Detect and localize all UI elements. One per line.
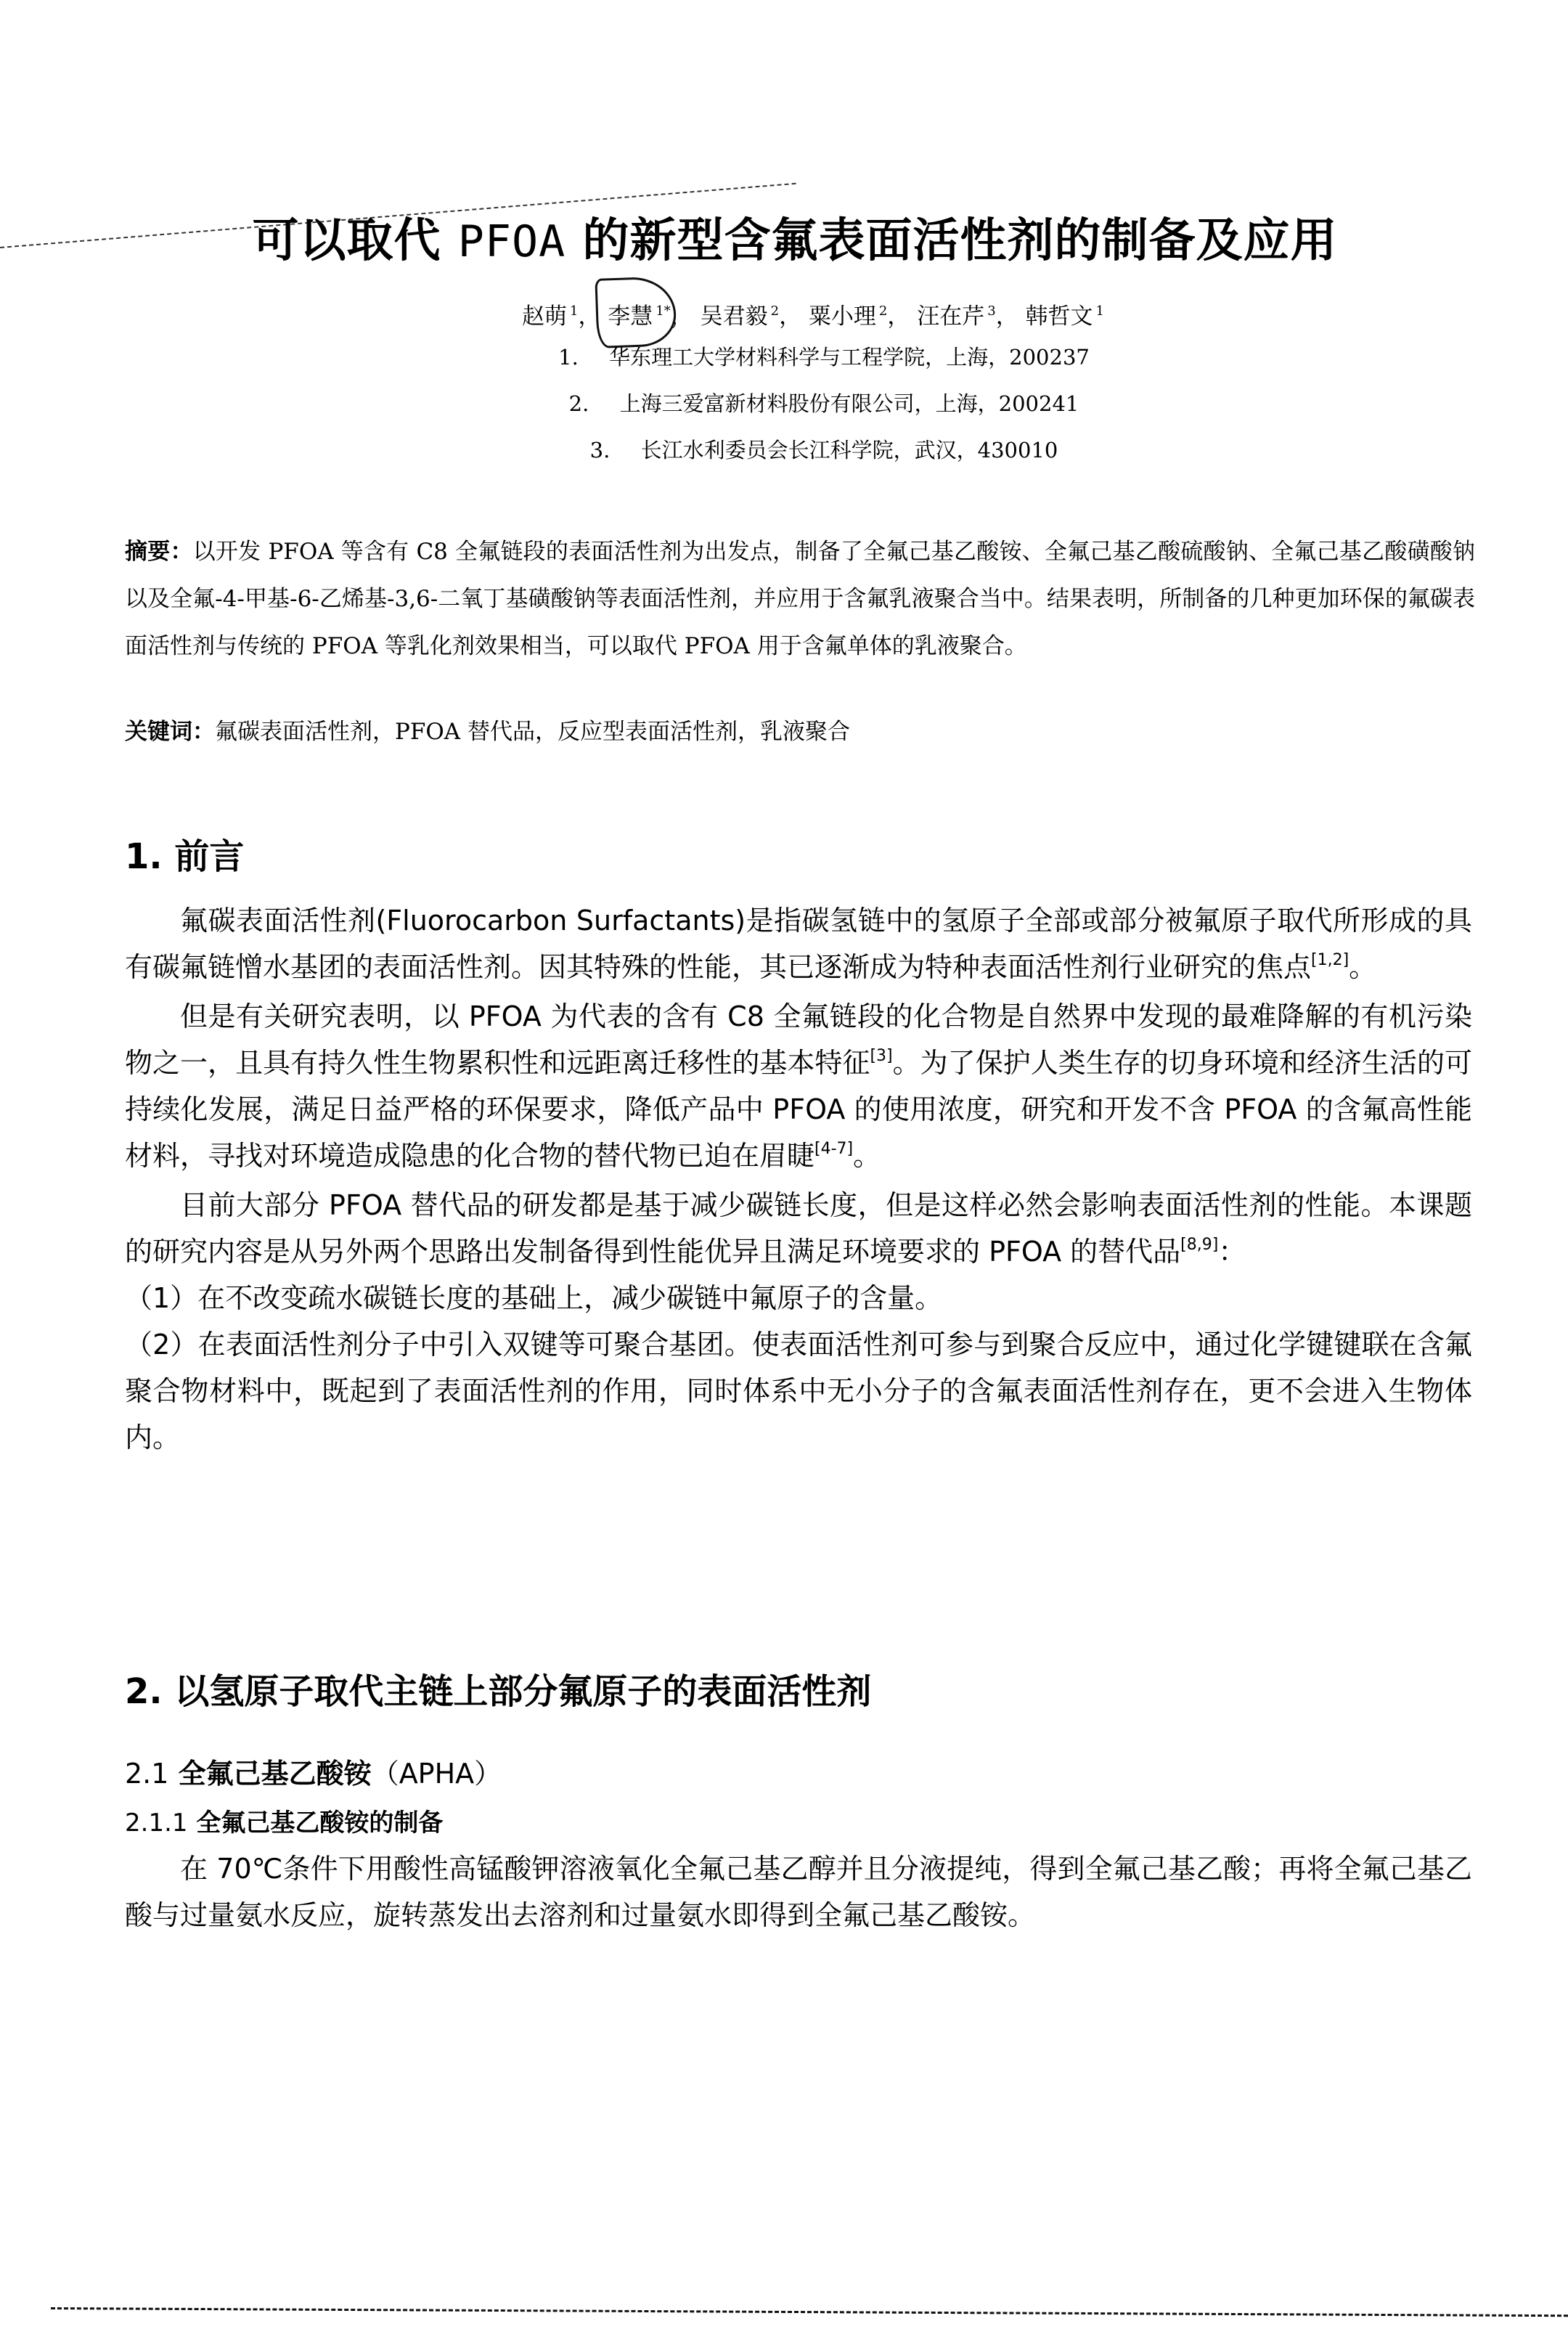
list-item: （2）在表面活性剂分子中引入双键等可聚合基团。使表面活性剂可参与到聚合反应中，通…: [125, 1321, 1472, 1461]
section-number: 1.: [125, 836, 163, 877]
section-2-heading: 2. 以氢原子取代主链上部分氟原子的表面活性剂: [125, 1670, 871, 1713]
title-part-2: 的新型含氟表面活性剂的制备及应用: [565, 214, 1337, 268]
affiliation-2: 2.上海三爱富新材料股份有限公司，上海，200241: [0, 389, 1568, 418]
author-circled: 李慧1*: [608, 293, 670, 335]
punctuation: 。: [1349, 951, 1376, 983]
paragraph: 目前大部分 PFOA 替代品的研发都是基于减少碳链长度，但是这样必然会影响表面活…: [125, 1182, 1472, 1275]
section-title: 以氢原子取代主链上部分氟原子的表面活性剂: [174, 1671, 871, 1712]
subsection-2-1-1-body: 在 70℃条件下用酸性高锰酸钾溶液氧化全氟己基乙醇并且分液提纯，得到全氟己基乙酸…: [125, 1846, 1472, 1938]
punctuation: ：: [1218, 1236, 1246, 1268]
author: 韩哲文1: [1026, 293, 1104, 335]
keywords: 关键词：氟碳表面活性剂，PFOA 替代品，反应型表面活性剂，乳液聚合: [125, 714, 1475, 750]
separator: ，: [779, 303, 801, 330]
abstract-text: 以开发 PFOA 等含有 C8 全氟链段的表面活性剂为出发点，制备了全氟己基乙酸…: [125, 539, 1475, 659]
paper-title: 可以取代 PFOA 的新型含氟表面活性剂的制备及应用: [0, 212, 1568, 271]
author-affiliation-mark: 2: [771, 303, 779, 319]
affiliation-number: 2.: [569, 389, 620, 418]
author-affiliation-mark: 1*: [656, 303, 670, 319]
citation: [1,2]: [1311, 951, 1349, 969]
author: 赵萌1: [522, 293, 578, 335]
affiliation-text: 上海三爱富新材料股份有限公司，上海，200241: [620, 391, 1079, 416]
author-name: 李慧: [608, 303, 653, 330]
subsection-number: 2.1.1: [125, 1808, 188, 1838]
affiliation-number: 3.: [590, 436, 641, 465]
affiliation-number: 1.: [558, 343, 609, 372]
paragraph-text: 目前大部分 PFOA 替代品的研发都是基于减少碳链长度，但是这样必然会影响表面活…: [125, 1189, 1472, 1268]
separator: ，: [996, 303, 1018, 330]
subsection-abbreviation: （APHA）: [372, 1758, 502, 1790]
subsection-2-1-1-heading: 2.1.1 全氟己基乙酸铵的制备: [125, 1806, 443, 1840]
author: 粟小理2: [809, 293, 887, 335]
list-item: （1）在不改变疏水碳链长度的基础上，减少碳链中氟原子的含量。: [125, 1275, 1472, 1321]
subsection-title: 全氟己基乙酸铵: [179, 1758, 372, 1790]
section-title: 前言: [174, 836, 244, 877]
subsection-title: 全氟己基乙酸铵的制备: [196, 1808, 443, 1838]
paragraph: 在 70℃条件下用酸性高锰酸钾溶液氧化全氟己基乙醇并且分液提纯，得到全氟己基乙酸…: [125, 1846, 1472, 1938]
citation: [3]: [870, 1047, 892, 1065]
title-pfoa: PFOA: [458, 216, 566, 267]
citation: [8,9]: [1180, 1236, 1218, 1254]
citation: [4-7]: [814, 1140, 853, 1158]
keywords-text: 氟碳表面活性剂，PFOA 替代品，反应型表面活性剂，乳液聚合: [215, 719, 850, 745]
paragraph: 但是有关研究表明，以 PFOA 为代表的含有 C8 全氟链段的化合物是自然界中发…: [125, 993, 1472, 1179]
author: 汪在芹3: [917, 293, 995, 335]
keywords-label: 关键词：: [125, 719, 215, 745]
affiliation-3: 3.长江水利委员会长江科学院，武汉，430010: [0, 436, 1568, 465]
abstract-label: 摘要：: [125, 539, 193, 565]
author-affiliation-mark: 3: [987, 303, 995, 319]
author-name: 吴君毅: [701, 303, 768, 330]
section-number: 2.: [125, 1671, 163, 1712]
title-part-1: 可以取代: [252, 214, 457, 268]
author-affiliation-mark: 1: [1096, 303, 1104, 319]
author-list: 赵萌1， 李慧1*， 吴君毅2， 粟小理2， 汪在芹3， 韩哲文1: [0, 293, 1568, 335]
affiliation-1: 1.华东理工大学材料科学与工程学院，上海，200237: [0, 343, 1568, 372]
scan-artifact-bottom-line: [51, 2307, 1568, 2317]
affiliation-text: 长江水利委员会长江科学院，武汉，430010: [641, 438, 1058, 462]
author-name: 汪在芹: [917, 303, 984, 330]
author-name: 韩哲文: [1026, 303, 1093, 330]
abstract: 摘要：以开发 PFOA 等含有 C8 全氟链段的表面活性剂为出发点，制备了全氟己…: [125, 529, 1475, 670]
paragraph-text: 氟碳表面活性剂(Fluorocarbon Surfactants)是指碳氢链中的…: [125, 905, 1472, 983]
section-1-heading: 1. 前言: [125, 835, 244, 878]
subsection-number: 2.1: [125, 1758, 168, 1790]
author: 吴君毅2: [701, 293, 779, 335]
author-name: 粟小理: [809, 303, 876, 330]
subsection-2-1-heading: 2.1 全氟己基乙酸铵（APHA）: [125, 1755, 502, 1792]
author-name: 赵萌: [522, 303, 567, 330]
author-affiliation-mark: 1: [570, 303, 578, 319]
paragraph: 氟碳表面活性剂(Fluorocarbon Surfactants)是指碳氢链中的…: [125, 897, 1472, 990]
section-1-body: 氟碳表面活性剂(Fluorocarbon Surfactants)是指碳氢链中的…: [125, 897, 1472, 1461]
punctuation: 。: [853, 1140, 881, 1172]
separator: ，: [887, 303, 910, 330]
affiliation-text: 华东理工大学材料科学与工程学院，上海，200237: [609, 345, 1090, 370]
author-affiliation-mark: 2: [879, 303, 887, 319]
